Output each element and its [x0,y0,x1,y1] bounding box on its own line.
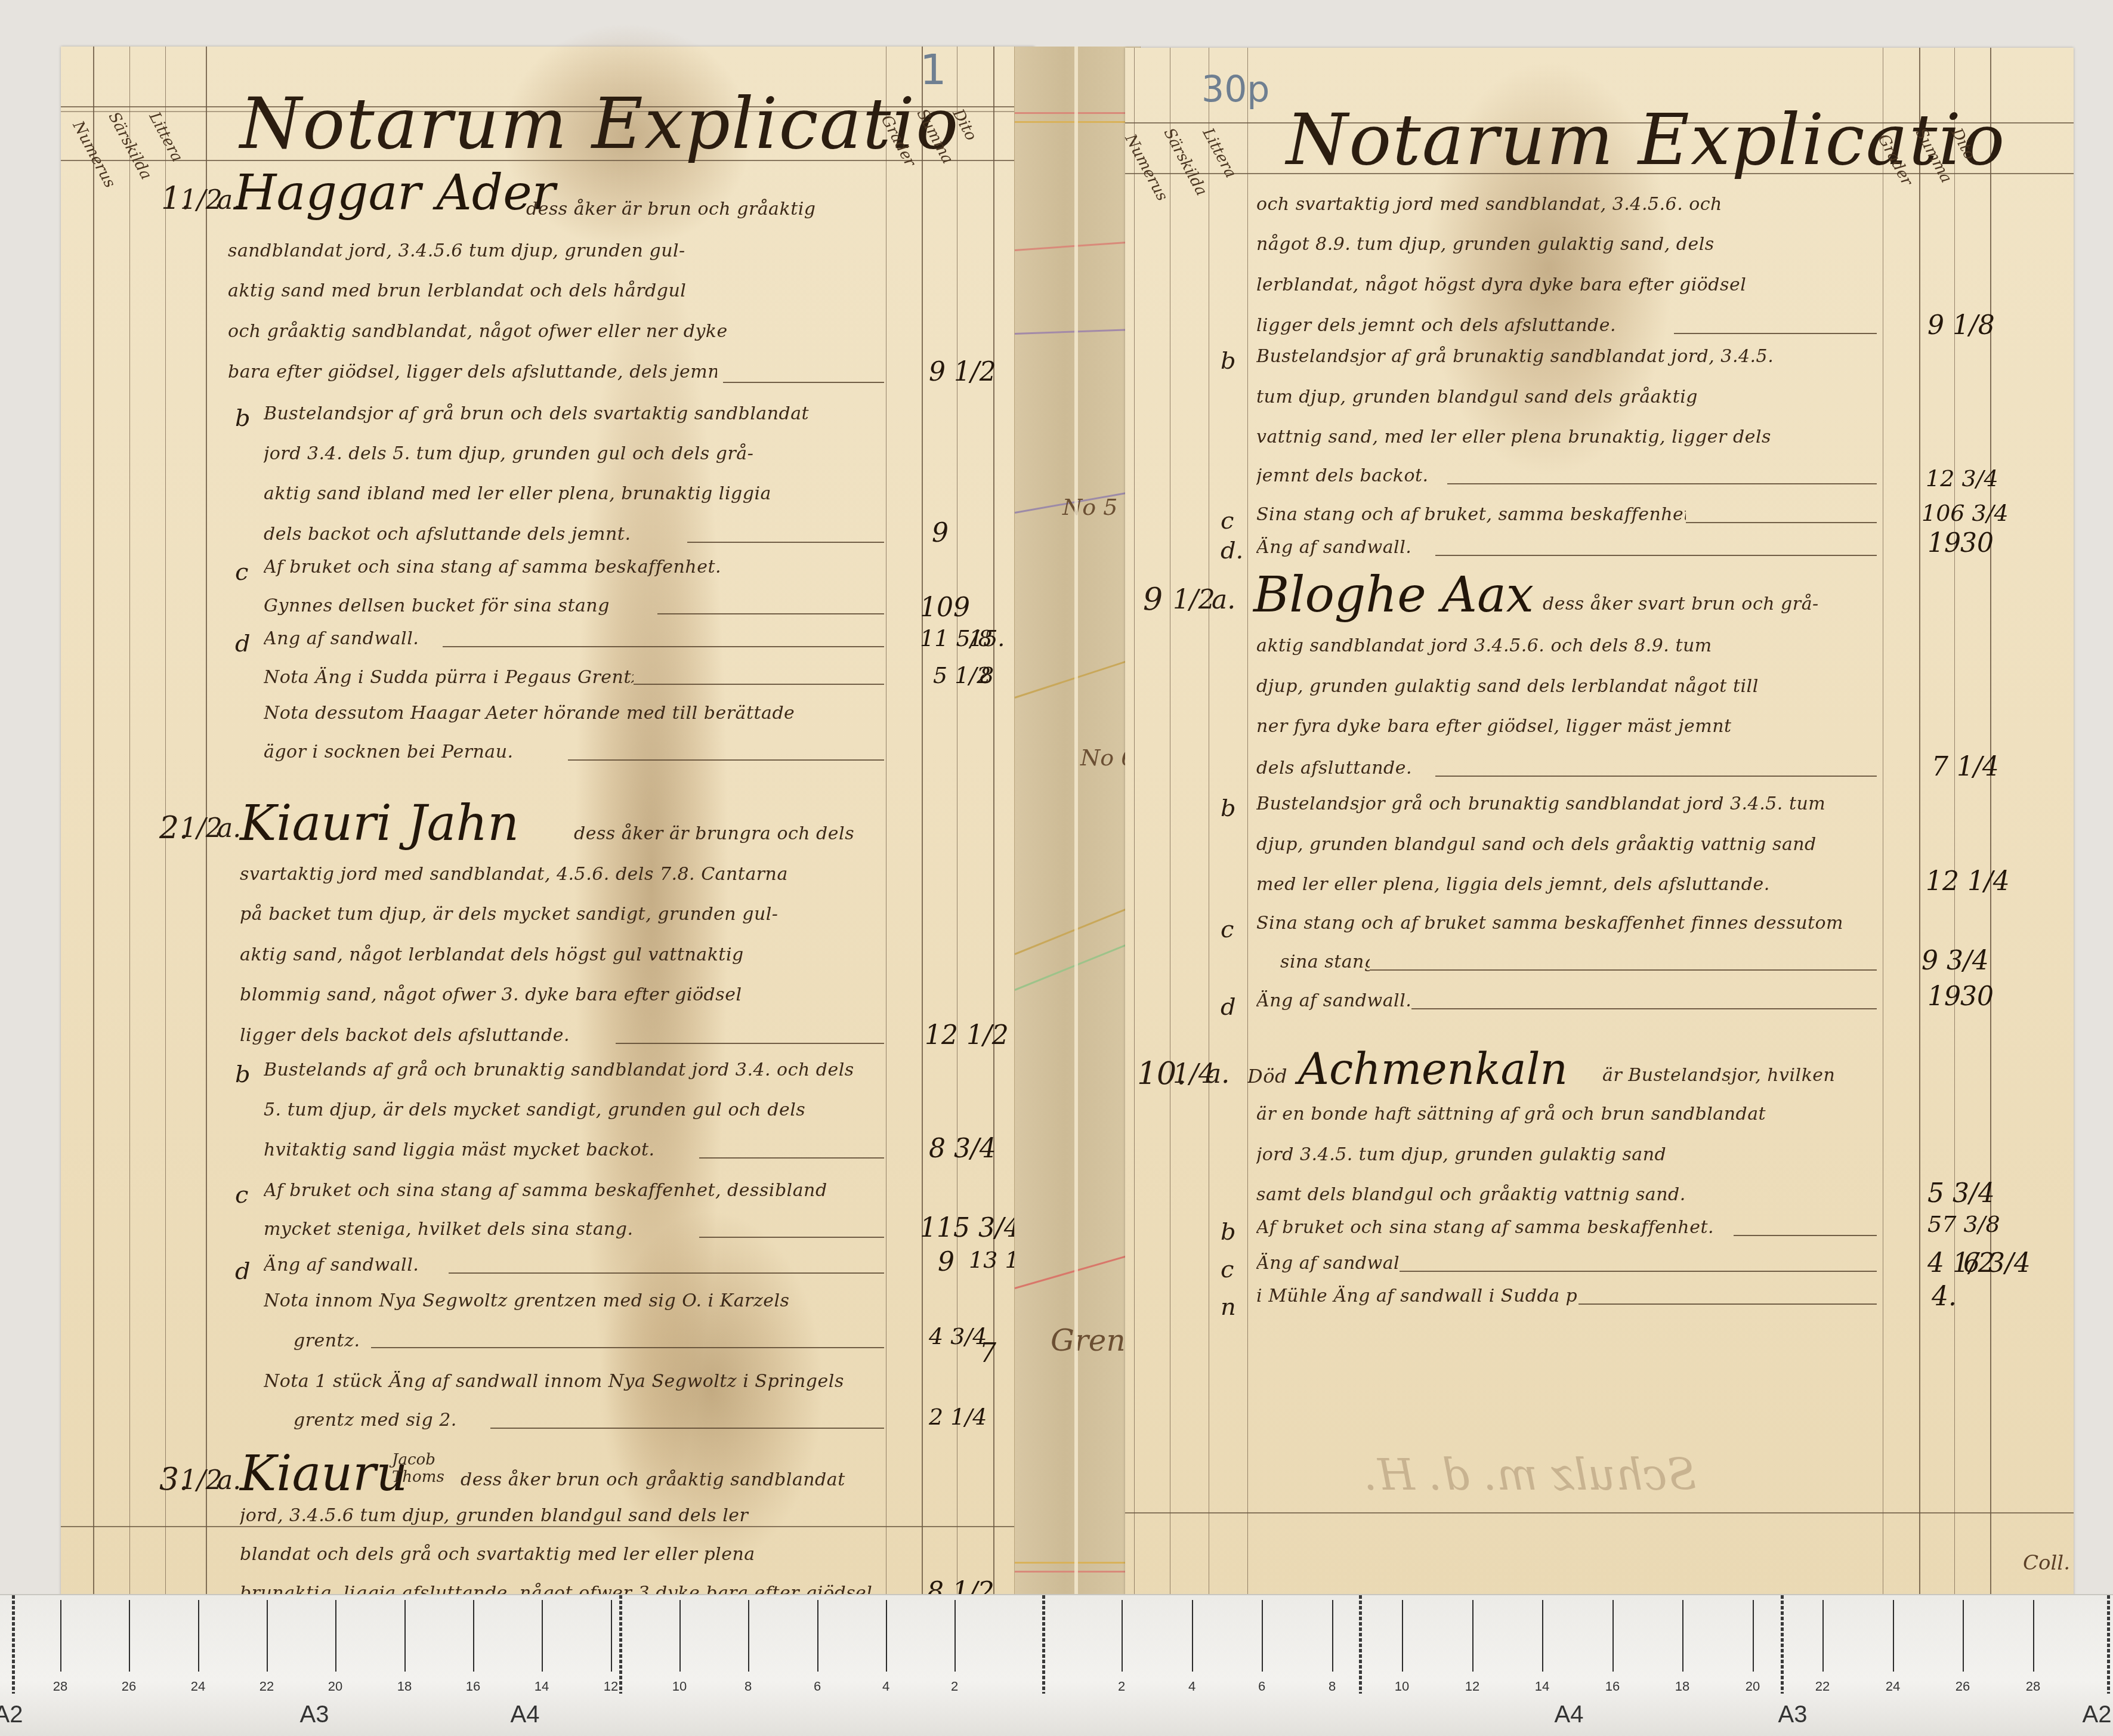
map-fragment-strip: No 5 No 6 Grenz [1014,47,1141,1598]
value-summa: 12 1/2 [925,1020,1009,1051]
ruler-tick [748,1600,749,1672]
line-rule [699,1237,884,1238]
line-rule [1435,555,1877,556]
ruler-tick [1192,1600,1193,1672]
ruler-size-line [12,1595,15,1694]
entry-text-line: grentz. [294,1330,365,1351]
ruler-number: 20 [328,1679,342,1694]
map-label: No 5 [1062,494,1117,520]
ruler-tick [1332,1600,1333,1672]
column-header-littera: Littera [146,109,187,165]
ruler-number: 26 [122,1679,136,1694]
entry-text-line: i Mühle Äng af sandwall i Sudda pürw. [1256,1286,1578,1306]
line-rule [371,1347,884,1348]
ruler-tick [1262,1600,1263,1672]
entry-text-line: dels backot och afsluttande dels jemnt. [264,524,681,545]
value-summa: 12 3/4 [1926,465,1998,492]
value-summa: 9 1/2 [929,357,996,387]
column-divider [93,47,94,1599]
sub-item-letter: c [1221,1256,1234,1283]
ruler-number: 24 [1886,1679,1900,1694]
value-summa: 5 3/4 [1927,1178,1995,1209]
sub-item-letter: b [1221,795,1236,822]
entry-text-line: 5. tum djup, är dels mycket sandigt, gru… [264,1099,890,1120]
ruler-tick [267,1600,268,1672]
entry-fraction: 1/2 [1173,585,1215,615]
entry-text-line: tum djup, grunden blandgul sand dels grå… [1256,387,1877,407]
sub-item-letter: n [1221,1293,1236,1321]
entry-name: Achmenkaln [1298,1044,1568,1094]
entry-text-line: aktig sandblandat jord 3.4.5.6. och dels… [1256,635,1877,656]
column-divider [1883,48,1883,1611]
entry-letter: a. [217,813,241,844]
ruler-number: 20 [1746,1679,1760,1694]
entry-fraction: 1/2 [180,185,223,215]
ruler-tick [1682,1600,1683,1672]
ruler-tick [129,1600,130,1672]
ruler-number: 8 [745,1679,752,1694]
entry-text-line: något 8.9. tum djup, grunden gulaktig sa… [1256,234,1877,255]
entry-text-line: Bustelands af grå och brunaktig sandblan… [264,1059,890,1080]
value-summa: 57 3/8 [1927,1211,2000,1237]
ruler-size-line [1781,1595,1784,1694]
ruler-size-mark: A2 [0,1701,23,1728]
entry-name-bracket: Jacob Thoms [392,1451,444,1485]
ruler-number: 2 [951,1679,958,1694]
entry-text-line: jemnt dels backot. [1256,465,1447,486]
ruler-tick [1963,1600,1964,1672]
column-divider [1209,48,1209,1611]
column-divider [922,47,923,1599]
value-dito: 6 3/4 [1963,1248,2031,1278]
line-rule [634,684,884,685]
value-summa: 9 [932,518,949,548]
value-summa: 4. [1932,1281,1957,1312]
sub-item-letter: b [1221,347,1236,375]
entry-text-line: Äng af sandwall. [264,1255,443,1275]
entry-letter: a. [1212,585,1235,615]
value-summa: 8 3/4 [929,1133,996,1164]
ruler-number: 18 [397,1679,412,1694]
ruler-number: 6 [814,1679,821,1694]
entry-text-line: jord 3.4.5. tum djup, grunden gulaktig s… [1256,1144,1877,1165]
value-summa: 19 [1927,981,1961,1012]
line-rule [1435,776,1877,777]
line-rule [1578,1303,1877,1305]
column-divider [1990,48,1991,1611]
value-summa: 109 [920,592,970,623]
sub-item-letter: d [235,630,251,657]
sub-item-letter: d [235,1258,251,1285]
entry-text-line: samt dels blandgul och gråaktig vattnig … [1256,1184,1877,1205]
pencil-page-number: 30p [1201,69,1269,110]
entry-text-line: Ang af sandwall. [264,628,443,649]
ruler-tick [1542,1600,1543,1672]
entry-text-line: Nota Äng i Sudda pürra i Pegaus Grentz [264,667,634,688]
sub-item-letter: b [235,404,251,432]
ruler-number: 24 [191,1679,205,1694]
sub-item-letter: d. [1221,537,1243,564]
entry-text-line: Nota 1 stück Äng af sandwall innom Nya S… [264,1371,890,1392]
ruler-number: 26 [1956,1679,1970,1694]
line-rule [1674,333,1877,334]
ruler-number: 16 [466,1679,480,1694]
entry-text-line: vattnig sand, med ler eller plena brunak… [1256,427,1877,447]
column-divider [1170,48,1170,1611]
entry-text-line: Gynnes dellsen bucket för sina stang [264,595,651,616]
ruler-size-line [619,1595,622,1694]
entry-text-line: dess åker brun och gråaktig sandblandat [461,1469,890,1490]
value-summa: 12 1/4 [1926,866,2010,897]
value-summa: 106 3/4 [1922,500,2009,526]
footer-rule [1125,1512,2074,1513]
ruler-tick [198,1600,199,1672]
entry-name-bracket-first: Jacob [392,1451,444,1469]
entry-text-line: är en bonde haft sättning af grå och bru… [1256,1104,1877,1125]
value-dito: 8 [980,662,994,688]
ruler-tick [1472,1600,1473,1672]
entry-text-line: lerblandat, något högst dyra dyke bara e… [1256,274,1877,295]
entry-text-line: ägor i socknen bei Pernau. [264,742,562,762]
ruler-number: 4 [882,1679,889,1694]
line-rule [1447,483,1877,484]
ruler-number: 12 [604,1679,618,1694]
entry-text-line: dess åker är brun och gråaktig [526,199,896,220]
entry-text-line: blandat och dels grå och svartaktig med … [240,1544,890,1565]
entry-text-line: och svartaktig jord med sandblandat, 3.4… [1256,194,1877,215]
ruler-size-mark: A3 [1778,1701,1808,1728]
ruler-size-mark: A3 [300,1701,329,1728]
sub-item-letter: c [1221,507,1234,535]
ruler-tick [404,1600,406,1672]
ruler-number: 4 [1188,1679,1195,1694]
right-ledger-page: 30p Notarum Explicatio Numerus Särskilda… [1125,48,2074,1611]
ruler-number: 28 [2026,1679,2040,1694]
entry-text-line: på backet tum djup, är dels mycket sandi… [240,904,890,925]
entry-text-line: med ler eller plena, liggia dels jemnt, … [1256,874,1877,895]
column-header-numerus: Numerus [1122,131,1172,204]
ruler-number: 28 [53,1679,67,1694]
line-rule [1411,1008,1877,1009]
ruler-tick [954,1600,956,1672]
entry-text-line: Äng af sandwall. [1256,1253,1400,1274]
ruler-tick [1402,1600,1403,1672]
entry-text-line: djup, grunden gulaktig sand dels lerblan… [1256,676,1877,697]
ruler-tick [1753,1600,1754,1672]
line-rule [568,759,884,761]
bleed-through-text: Schulz m. d. H. [1364,1450,1697,1500]
value-summa: 9 3/4 [1922,946,1989,976]
ruler-number: 10 [1395,1679,1409,1694]
value-dito: 7 [980,1338,996,1369]
sub-item-letter: b [1221,1218,1236,1246]
entry-text-line: grentz med sig 2. [294,1410,484,1431]
ruler-tick [611,1600,612,1672]
ruler-tick [886,1600,887,1672]
entry-text-line: dess åker är brungra och dels [574,823,890,844]
entry-name: Bloghe Aax [1253,567,1534,623]
ruler-tick [1893,1600,1894,1672]
ruler-size-line [1359,1595,1362,1694]
ruler-number: 10 [672,1679,687,1694]
line-rule [1370,969,1877,971]
value-summa: 9 1/8 [1927,310,1995,341]
column-divider [1954,48,1955,1611]
ruler-tick [60,1600,61,1672]
ruler-tick [2033,1600,2034,1672]
entry-text-line: bara efter giödsel, ligger dels afslutta… [228,362,717,382]
sub-item-letter: c [235,1181,248,1209]
entry-text-line: aktig sand, något lerblandat dels högst … [240,944,890,965]
entry-text-line: Bustelandsjor grå och brunaktig sandblan… [1256,793,1877,814]
left-ledger-page: 1 Notarum Explicatio Numerus Särskilda L… [61,47,1034,1599]
entry-text-line: Äng af sandwall. [1256,537,1435,558]
entry-text-line: ligger dels jemnt och dels afsluttande. [1256,315,1674,336]
entry-text-line: Nota innom Nya Segwoltz grentzen med sig… [264,1290,890,1311]
entry-text-line: ligger dels backot dels afsluttande. [240,1025,610,1046]
sub-item-letter: d [1221,993,1236,1021]
column-divider [1134,48,1135,1611]
page-title: Notarum Explicatio [240,82,959,165]
column-divider [957,47,957,1599]
ruler-tick [679,1600,681,1672]
line-rule [449,1272,884,1274]
entry-fraction: 1/2 [180,1465,223,1496]
ruler-number: 8 [1329,1679,1336,1694]
entry-text-line: och gråaktig sandblandat, något ofwer el… [228,321,890,342]
ruler-number: 22 [1815,1679,1830,1694]
entry-text-line: svartaktig jord med sandblandat, 4.5.6. … [240,864,890,885]
ruler-tick [473,1600,474,1672]
entry-text-line: Sina stang och af bruket, samma beskaffe… [1256,504,1686,525]
line-rule [657,613,884,614]
entry-text-line: aktig sand med brun lerblandat och dels … [228,280,890,301]
entry-text-line: Sina stang och af bruket samma beskaffen… [1256,913,1877,934]
entry-text-line: sina stang. [1280,952,1370,972]
entry-letter: a. [1206,1059,1230,1089]
measurement-ruler: 28 26 24 22 20 18 16 14 12 10 8 6 4 2 2 … [0,1594,2113,1736]
entry-text-line: Bustelandsjor af grå brunaktig sandbland… [1256,346,1877,367]
line-rule [1400,1271,1877,1272]
ruler-size-mark: A4 [511,1701,540,1728]
ruler-tick [817,1600,818,1672]
value-summa: 4 3/4 [929,1323,987,1349]
entry-text-line: mycket steniga, hvilket dels sina stang. [264,1219,693,1240]
value-summa: 2 1/4 [929,1404,987,1430]
ruler-number: 18 [1675,1679,1689,1694]
ruler-number: 16 [1605,1679,1620,1694]
entry-text-line: dels afsluttande. [1256,758,1435,779]
sub-item-letter: b [235,1061,251,1088]
line-rule [443,646,884,647]
entry-text-line: ner fyra dyke bara efter giödsel, ligger… [1256,716,1877,737]
ruler-size-line [2107,1595,2110,1694]
entry-text-line: är Bustelandsjor, hvilken [1602,1065,1877,1086]
ruler-size-mark: A2 [2083,1701,2112,1728]
paper-fold-crease [1074,47,1078,1598]
ruler-number: 12 [1465,1679,1479,1694]
entry-name: Kiauru [240,1445,407,1502]
value-summa: 9 [938,1247,954,1277]
ruler-size-line [1042,1595,1045,1694]
value-summa: 19 [1927,528,1961,558]
entry-text-line: Af bruket och sina stang af samma beskaf… [264,557,890,577]
value-summa: 115 3/4 [920,1213,1021,1243]
value-summa: 7 1/4 [1932,752,1999,782]
ruler-tick [1822,1600,1824,1672]
line-rule [1734,1235,1877,1236]
line-rule [490,1428,884,1429]
entry-text-line: hvitaktig sand liggia mäst mycket backot… [264,1139,693,1160]
column-divider [1247,48,1248,1611]
entry-name-bracket-second: Thoms [392,1469,444,1486]
entry-text-line: aktig sand ibland med ler eller plena, b… [264,483,890,504]
entry-fraction: 1/2 [180,813,223,844]
ruler-number: 22 [260,1679,274,1694]
entry-text-line: Af bruket och sina stang af samma beskaf… [1256,1217,1734,1238]
ruler-number: 2 [1118,1679,1125,1694]
entry-text-line: jord, 3.4.5.6 tum djup, grunden blandgul… [240,1505,890,1526]
entry-text-line: Äng af sandwall. [1256,990,1411,1011]
ruler-tick [1122,1600,1123,1672]
column-divider [1919,48,1920,1611]
column-divider [129,47,130,1599]
ruler-number: 14 [1535,1679,1549,1694]
entry-letter: a. [217,1465,241,1496]
value-dito: 30 [1960,528,1994,558]
entry-name-prefix: Död [1247,1065,1295,1088]
ruler-tick [335,1600,336,1672]
line-rule [699,1157,884,1159]
corner-note: Coll. [2023,1551,2070,1575]
sub-item-letter: c [235,558,248,586]
line-rule [687,542,884,543]
value-dito: 30 [1960,981,1994,1012]
entry-text-line: djup, grunden blandgul sand och dels grå… [1256,834,1877,855]
entry-text-line: jord 3.4. dels 5. tum djup, grunden gul … [264,443,890,464]
line-rule [723,382,884,383]
entry-text-line: dess åker svart brun och grå- [1543,594,1877,614]
entry-name: Haggar Ader [234,165,555,221]
line-rule [616,1043,884,1044]
entry-text-line: Af bruket och sina stang af samma beskaf… [264,1180,890,1201]
line-rule [1686,522,1877,523]
value-dito: 15. [969,625,1005,651]
ruler-size-mark: A4 [1555,1701,1584,1728]
entry-text-line: sandblandat jord, 3.4.5.6 tum djup, grun… [228,240,890,261]
entry-text-line: Bustelandsjor af grå brun och dels svart… [264,403,890,424]
sub-item-letter: c [1221,916,1234,943]
entry-text-line: Nota dessutom Haagar Aeter hörande med t… [264,703,890,724]
entry-text-line: blommig sand, något ofwer 3. dyke bara e… [240,984,890,1005]
entry-number: 9 [1143,582,1163,617]
ruler-tick [1612,1600,1614,1672]
ruler-number: 14 [535,1679,549,1694]
ruler-tick [542,1600,543,1672]
ruler-number: 6 [1258,1679,1265,1694]
entry-name: Kiauri Jahn [240,795,519,852]
